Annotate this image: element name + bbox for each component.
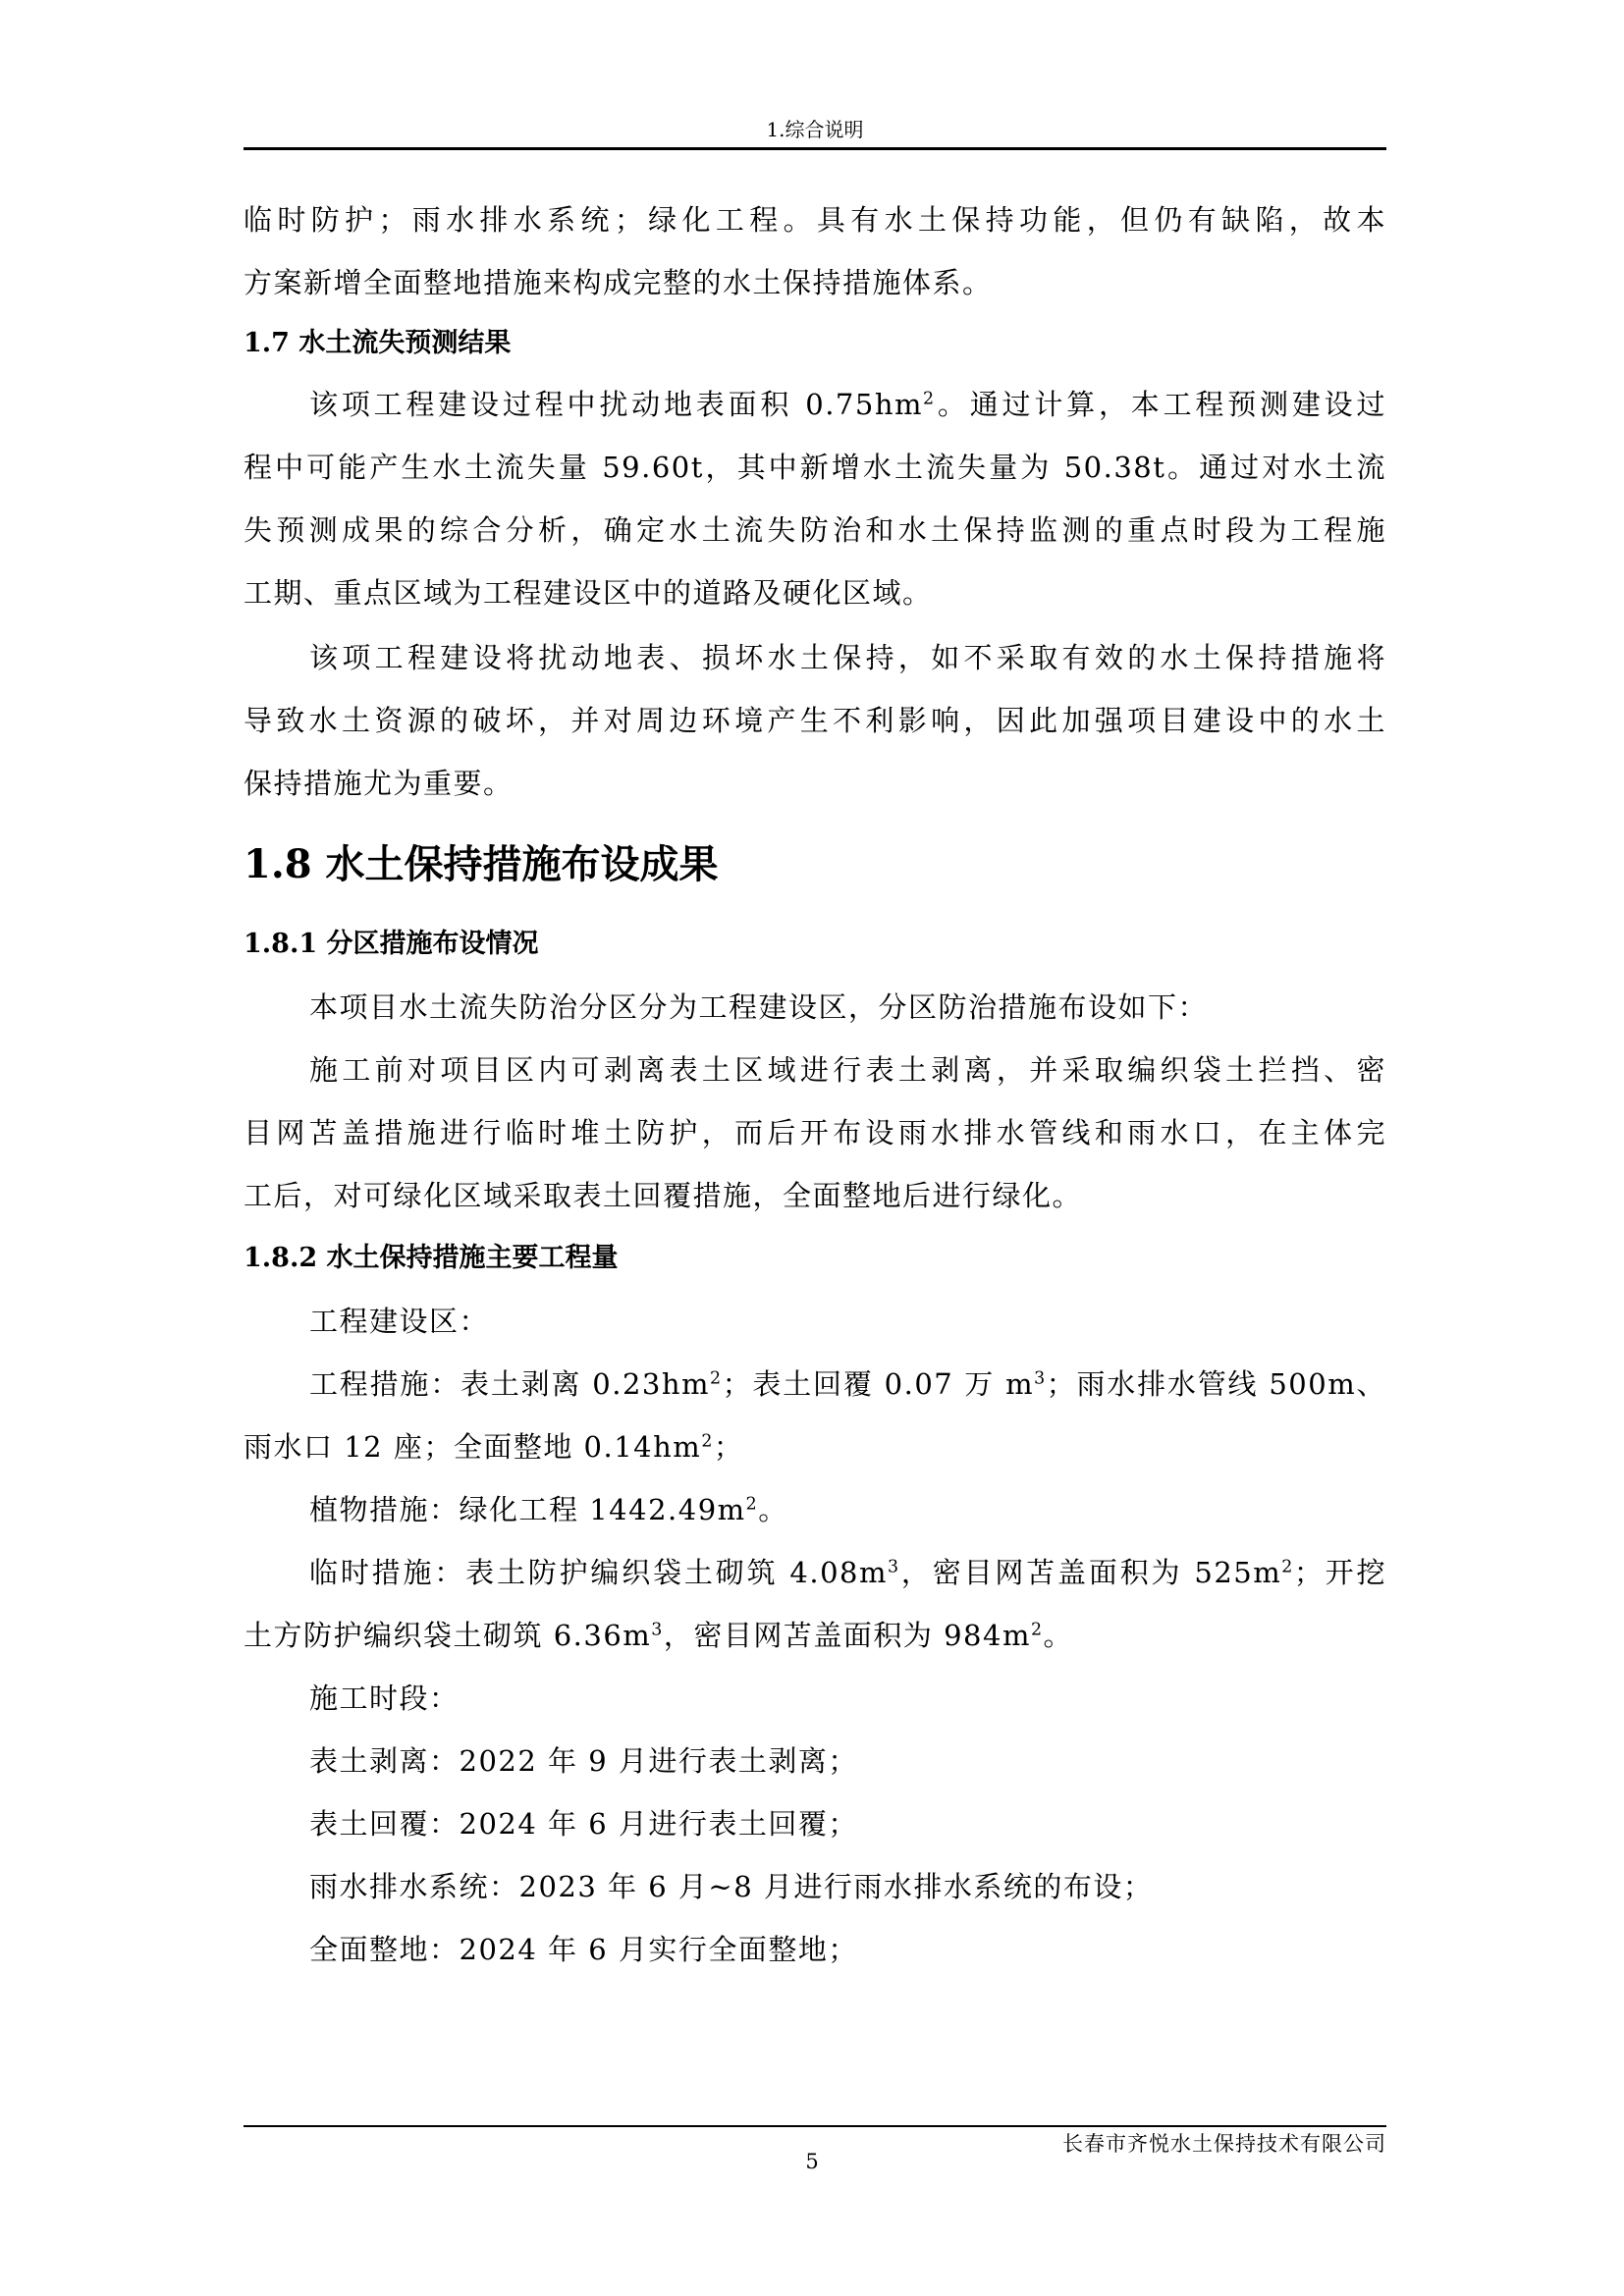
plant-measures-line: 植物措施：绿化工程 1442.49m2。: [244, 1490, 1386, 1529]
subsection-heading-1-8-2: 1.8.2 水土保持措施主要工程量: [244, 1239, 619, 1278]
temporary-measures-line-2: 土方防护编织袋土砌筑 6.36m3，密目网苫盖面积为 984m2。: [244, 1616, 1386, 1655]
s17-p1-line-1: 该项工程建设过程中扰动地表面积 0.75hm2。通过计算，本工程预测建设过: [244, 385, 1386, 424]
section-heading-1-7: 1.7 水土流失预测结果: [244, 324, 511, 363]
subsection-heading-1-8-1: 1.8.1 分区措施布设情况: [244, 925, 539, 964]
text: 。: [758, 1493, 788, 1526]
schedule-item-land-leveling: 全面整地：2024 年 6 月实行全面整地；: [244, 1930, 1386, 1969]
section-heading-1-8: 1.8 水土保持措施布设成果: [244, 839, 719, 890]
s17-p1-line-3: 失预测成果的综合分析，确定水土流失防治和水土保持监测的重点时段为工程施: [244, 510, 1386, 550]
s17-p1-line-4: 工期、重点区域为工程建设区中的道路及硬化区域。: [244, 573, 1386, 613]
s181-line-2: 施工前对项目区内可剥离表土区域进行表土剥离，并采取编织袋土拦挡、密: [244, 1050, 1386, 1090]
s181-line-3: 目网苫盖措施进行临时堆土防护，而后开布设雨水排水管线和雨水口，在主体完: [244, 1113, 1386, 1152]
header-divider: [244, 147, 1386, 150]
text: ；开挖: [1294, 1556, 1386, 1589]
text: ；表土回覆 0.07 万 m: [723, 1367, 1034, 1401]
s17-p1-line-2: 程中可能产生水土流失量 59.60t，其中新增水土流失量为 50.38t。通过对…: [244, 448, 1386, 487]
s181-line-1: 本项目水土流失防治分区分为工程建设区，分区防治措施布设如下：: [244, 988, 1386, 1027]
text: ；雨水排水管线 500m、: [1047, 1367, 1386, 1401]
text: ，密目网苫盖面积为 525m: [900, 1556, 1282, 1589]
temporary-measures-line-1: 临时措施：表土防护编织袋土砌筑 4.08m3，密目网苫盖面积为 525m2；开挖: [244, 1553, 1386, 1592]
text: ；: [714, 1430, 744, 1464]
superscript: 3: [651, 1620, 664, 1639]
superscript: 2: [710, 1368, 723, 1388]
schedule-item-drainage: 雨水排水系统：2023 年 6 月~8 月进行雨水排水系统的布设；: [244, 1867, 1386, 1906]
s17-p2-line-3: 保持措施尤为重要。: [244, 764, 1386, 803]
text: ，密目网苫盖面积为 984m: [664, 1619, 1031, 1652]
superscript: 3: [888, 1557, 900, 1576]
s181-line-4: 工后，对可绿化区域采取表土回覆措施，全面整地后进行绿化。: [244, 1176, 1386, 1215]
engineering-measures-line-1: 工程措施：表土剥离 0.23hm2；表土回覆 0.07 万 m3；雨水排水管线 …: [244, 1364, 1386, 1404]
text: 。通过计算，本工程预测建设过: [936, 388, 1386, 421]
schedule-item-topsoil-backfill: 表土回覆：2024 年 6 月进行表土回覆；: [244, 1804, 1386, 1843]
superscript: 2: [1281, 1557, 1294, 1576]
superscript: 2: [746, 1494, 759, 1514]
text: 土方防护编织袋土砌筑 6.36m: [244, 1619, 651, 1652]
text: 工程措施：表土剥离 0.23hm: [309, 1367, 710, 1401]
text: 植物措施：绿化工程 1442.49m: [309, 1493, 746, 1526]
superscript: 2: [701, 1431, 714, 1451]
running-header: 1.综合说明: [244, 116, 1386, 143]
text: 。: [1044, 1619, 1074, 1652]
superscript: 3: [1034, 1368, 1047, 1388]
superscript: 2: [1031, 1620, 1044, 1639]
text: 雨水口 12 座；全面整地 0.14hm: [244, 1430, 701, 1464]
intro-line-1: 临时防护；雨水排水系统；绿化工程。具有水土保持功能，但仍有缺陷，故本: [244, 200, 1386, 240]
schedule-item-topsoil-stripping: 表土剥离：2022 年 9 月进行表土剥离；: [244, 1741, 1386, 1781]
intro-line-2: 方案新增全面整地措施来构成完整的水土保持措施体系。: [244, 263, 1386, 302]
engineering-measures-line-2: 雨水口 12 座；全面整地 0.14hm2；: [244, 1427, 1386, 1467]
zone-label: 工程建设区：: [244, 1302, 1386, 1341]
text: 该项工程建设过程中扰动地表面积 0.75hm: [309, 388, 923, 421]
schedule-label: 施工时段：: [244, 1679, 1386, 1718]
footer-divider: [244, 2125, 1386, 2127]
page-number: 5: [0, 2148, 1624, 2175]
s17-p2-line-2: 导致水土资源的破坏，并对周边环境产生不利影响，因此加强项目建设中的水土: [244, 701, 1386, 740]
superscript: 2: [923, 389, 936, 408]
text: 临时措施：表土防护编织袋土砌筑 4.08m: [309, 1556, 888, 1589]
s17-p2-line-1: 该项工程建设将扰动地表、损坏水土保持，如不采取有效的水土保持措施将: [244, 638, 1386, 677]
